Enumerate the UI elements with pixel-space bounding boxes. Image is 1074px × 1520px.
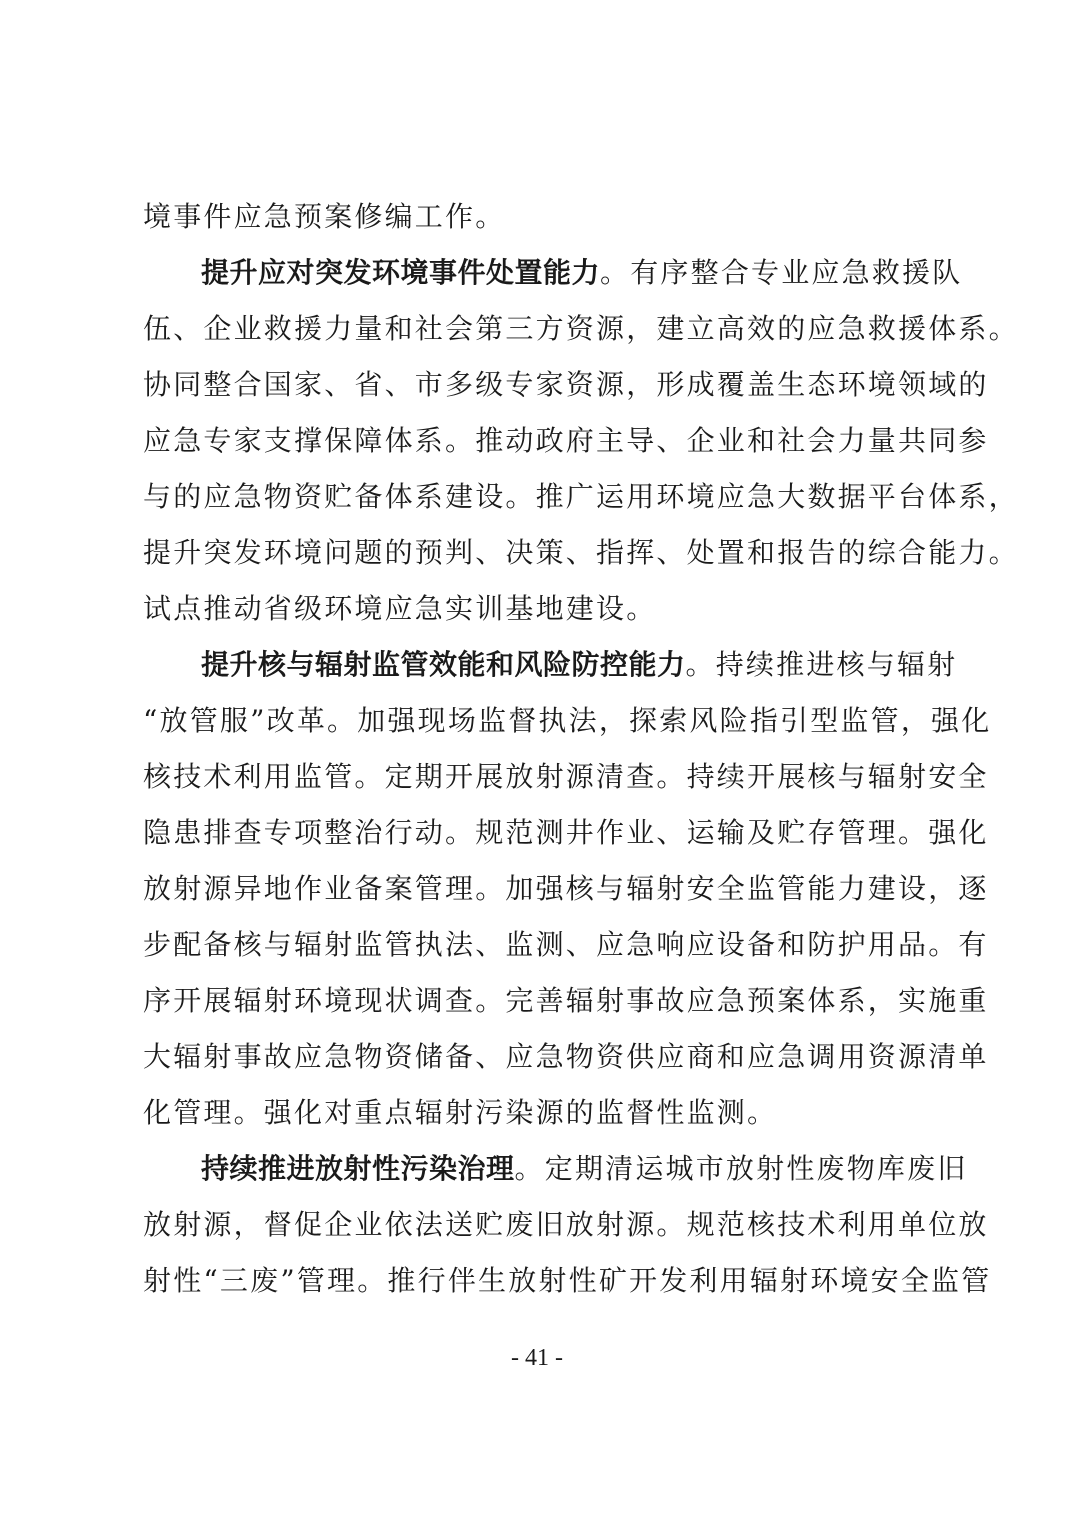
text-line: 放射源异地作业备案管理。加强核与辐射安全监管能力建设，逐	[143, 869, 943, 909]
text-line: 伍、企业救援力量和社会第三方资源，建立高效的应急救援体系。	[143, 309, 943, 349]
line-text: 放射源，督促企业依法送贮废旧放射源。规范核技术利用单位放	[143, 1208, 989, 1241]
line-text: 大辐射事故应急物资储备、应急物资供应商和应急调用资源清单	[143, 1040, 989, 1073]
line-text: 放射源异地作业备案管理。加强核与辐射安全监管能力建设，逐	[143, 872, 989, 905]
text-line: 化管理。强化对重点辐射污染源的监督性监测。	[143, 1093, 943, 1133]
line-text: 提升突发环境问题的预判、决策、指挥、处置和报告的综合能力。	[143, 536, 1019, 569]
page-number: - 41 -	[0, 1345, 1074, 1372]
line-text: 核技术利用监管。定期开展放射源清查。持续开展核与辐射安全	[143, 760, 989, 793]
text-line: 大辐射事故应急物资储备、应急物资供应商和应急调用资源清单	[143, 1037, 943, 1077]
line-text: 。有序整合专业应急救援队	[600, 256, 962, 289]
text-line: 隐患排查专项整治行动。规范测井作业、运输及贮存管理。强化	[143, 813, 943, 853]
paragraph-heading: 提升核与辐射监管效能和风险防控能力	[201, 648, 686, 681]
line-text: “放管服”改革。加强现场监督执法，探索风险指引型监管，强化	[143, 704, 991, 737]
line-text: 。定期清运城市放射性废物库废旧	[515, 1152, 968, 1185]
document-page: 境事件应急预案修编工作。 提升应对突发环境事件处置能力。有序整合专业应急救援队 …	[0, 0, 1074, 1520]
line-text: 序开展辐射环境现状调查。完善辐射事故应急预案体系，实施重	[143, 984, 989, 1017]
line-text: 。持续推进核与辐射	[686, 648, 958, 681]
text-line: 射性“三废”管理。推行伴生放射性矿开发利用辐射环境安全监管	[143, 1261, 943, 1301]
paragraph-heading: 提升应对突发环境事件处置能力	[201, 256, 600, 289]
text-line: 试点推动省级环境应急实训基地建设。	[143, 589, 943, 629]
paragraph-heading-line: 提升核与辐射监管效能和风险防控能力。持续推进核与辐射	[201, 645, 943, 685]
line-text: 境事件应急预案修编工作。	[143, 200, 505, 233]
paragraph-heading: 持续推进放射性污染治理	[201, 1152, 515, 1185]
paragraph-heading-line: 持续推进放射性污染治理。定期清运城市放射性废物库废旧	[201, 1149, 943, 1189]
text-line: 应急专家支撑保障体系。推动政府主导、企业和社会力量共同参	[143, 421, 943, 461]
text-line: 核技术利用监管。定期开展放射源清查。持续开展核与辐射安全	[143, 757, 943, 797]
text-line: 提升突发环境问题的预判、决策、指挥、处置和报告的综合能力。	[143, 533, 943, 573]
text-line: 放射源，督促企业依法送贮废旧放射源。规范核技术利用单位放	[143, 1205, 943, 1245]
text-line: 协同整合国家、省、市多级专家资源，形成覆盖生态环境领域的	[143, 365, 943, 405]
line-text: 协同整合国家、省、市多级专家资源，形成覆盖生态环境领域的	[143, 368, 989, 401]
paragraph-heading-line: 提升应对突发环境事件处置能力。有序整合专业应急救援队	[201, 253, 943, 293]
text-line: 步配备核与辐射监管执法、监测、应急响应设备和防护用品。有	[143, 925, 943, 965]
line-text: 应急专家支撑保障体系。推动政府主导、企业和社会力量共同参	[143, 424, 989, 457]
line-text: 试点推动省级环境应急实训基地建设。	[143, 592, 656, 625]
line-text: 隐患排查专项整治行动。规范测井作业、运输及贮存管理。强化	[143, 816, 989, 849]
line-text: 伍、企业救援力量和社会第三方资源，建立高效的应急救援体系。	[143, 312, 1019, 345]
text-line: “放管服”改革。加强现场监督执法，探索风险指引型监管，强化	[143, 701, 943, 741]
line-text: 化管理。强化对重点辐射污染源的监督性监测。	[143, 1096, 777, 1129]
line-text: 与的应急物资贮备体系建设。推广运用环境应急大数据平台体系，	[143, 480, 1019, 513]
text-line: 境事件应急预案修编工作。	[143, 197, 943, 237]
line-text: 步配备核与辐射监管执法、监测、应急响应设备和防护用品。有	[143, 928, 989, 961]
text-line: 与的应急物资贮备体系建设。推广运用环境应急大数据平台体系，	[143, 477, 943, 517]
line-text: 射性“三废”管理。推行伴生放射性矿开发利用辐射环境安全监管	[143, 1264, 991, 1297]
text-line: 序开展辐射环境现状调查。完善辐射事故应急预案体系，实施重	[143, 981, 943, 1021]
